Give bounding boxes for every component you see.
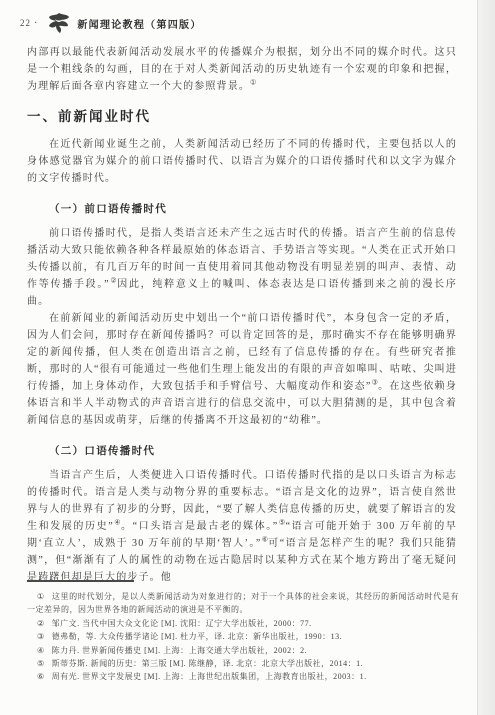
- footnote: ④陈力丹. 世界新闻传播史 [M]. 上海：上海交通大学出版社，2002：2.: [27, 644, 459, 657]
- page-number: 22: [20, 18, 31, 28]
- footnote: ⑤斯蒂芬斯. 新闻的历史：第三版 [M]. 陈继静，译. 北京：北京大学出版社，…: [27, 657, 459, 670]
- footnote-separator: [27, 580, 134, 582]
- page-edge: [477, 0, 495, 715]
- footnote-text: 德弗勒，等. 大众传播学诸论 [M]. 杜力平，译. 北京：新华出版社，1990…: [52, 632, 342, 641]
- footnote-marker: ④: [37, 646, 45, 655]
- footnote-marker: ⑥: [37, 672, 45, 681]
- book-page: 22 · 新闻理论教程（第四版） 内部再以最能代表新闻活动发展水平的传播媒介为根…: [0, 0, 495, 715]
- paragraph-text: 。“口头语言是最古老的媒体。”: [121, 521, 278, 532]
- paragraph-text: 内部再以最能代表新闻活动发展水平的传播媒介为根据，划分出不同的媒介时代。这只是一…: [27, 47, 457, 92]
- running-head: 22 · 新闻理论教程（第四版）: [20, 11, 202, 35]
- body-paragraph: 在近代新闻业诞生之前，人类新闻活动已经历了不同的传播时代，主要包括以人的身体感觉…: [27, 136, 457, 187]
- page-body: 内部再以最能代表新闻活动发展水平的传播媒介为根据，划分出不同的媒介时代。这只是一…: [27, 44, 457, 586]
- footnote-text: 邹广文. 当代中国大众文化论 [M]. 沈阳：辽宁大学出版社，2000：77.: [52, 619, 312, 628]
- publisher-logo-icon: [47, 12, 71, 34]
- subsection-heading: （二）口语传播时代: [27, 443, 457, 458]
- section-heading: 一、前新闻业时代: [27, 105, 457, 125]
- body-paragraph: 当语言产生后，人类便进入口语传播时代。口语传播时代指的是以口头语言为标志的传播时…: [27, 467, 457, 586]
- footnote: ③德弗勒，等. 大众传播学诸论 [M]. 杜力平，译. 北京：新华出版社，199…: [27, 630, 459, 643]
- footnote-text: 陈力丹. 世界新闻传播史 [M]. 上海：上海交通大学出版社，2002：2.: [52, 646, 307, 655]
- footnote: ①这里的时代划分，是以人类新闻活动为对象进行的；对于一个具体的社会来说，其经历的…: [27, 590, 459, 617]
- footnotes-block: ①这里的时代划分，是以人类新闻活动为对象进行的；对于一个具体的社会来说，其经历的…: [27, 590, 459, 684]
- footnote-ref: ①: [250, 79, 256, 87]
- body-paragraph: 在前新闻业的新闻活动历史中划出一个“前口语传播时代”，本身包含一定的矛盾，因为人…: [27, 310, 457, 429]
- footnote-text: 周有光. 世界文字发展史 [M]. 上海：上海世纪出版集团，上海教育出版社，20…: [52, 672, 367, 681]
- paragraph-text: 在近代新闻业诞生之前，人类新闻活动已经历了不同的传播时代，主要包括以人的身体感觉…: [27, 139, 457, 184]
- footnote-ref: ④: [114, 519, 121, 527]
- footnote-marker: ③: [37, 632, 45, 641]
- body-paragraph: 内部再以最能代表新闻活动发展水平的传播媒介为根据，划分出不同的媒介时代。这只是一…: [27, 44, 457, 95]
- footnote: ②邹广文. 当代中国大众文化论 [M]. 沈阳：辽宁大学出版社，2000：77.: [27, 617, 459, 630]
- footnote-ref: ⑤: [278, 519, 285, 527]
- header-separator-dot: ·: [34, 18, 37, 29]
- footnote-marker: ②: [37, 619, 45, 628]
- footnote-marker: ①: [37, 592, 45, 601]
- subsection-heading: （一）前口语传播时代: [27, 201, 457, 216]
- footnote-text: 斯蒂芬斯. 新闻的历史：第三版 [M]. 陈继静，译. 北京：北京大学出版社，2…: [52, 659, 363, 668]
- footnote-marker: ⑤: [37, 659, 45, 668]
- footnote-text: 这里的时代划分，是以人类新闻活动为对象进行的；对于一个具体的社会来说，其经历的新…: [27, 592, 459, 614]
- book-title: 新闻理论教程（第四版）: [77, 16, 201, 31]
- body-paragraph: 前口语传播时代，是指人类语言还未产生之远古时代的传播。语言产生前的信息传播活动大…: [27, 225, 457, 310]
- footnote: ⑥周有光. 世界文字发展史 [M]. 上海：上海世纪出版集团，上海教育出版社，2…: [27, 670, 459, 683]
